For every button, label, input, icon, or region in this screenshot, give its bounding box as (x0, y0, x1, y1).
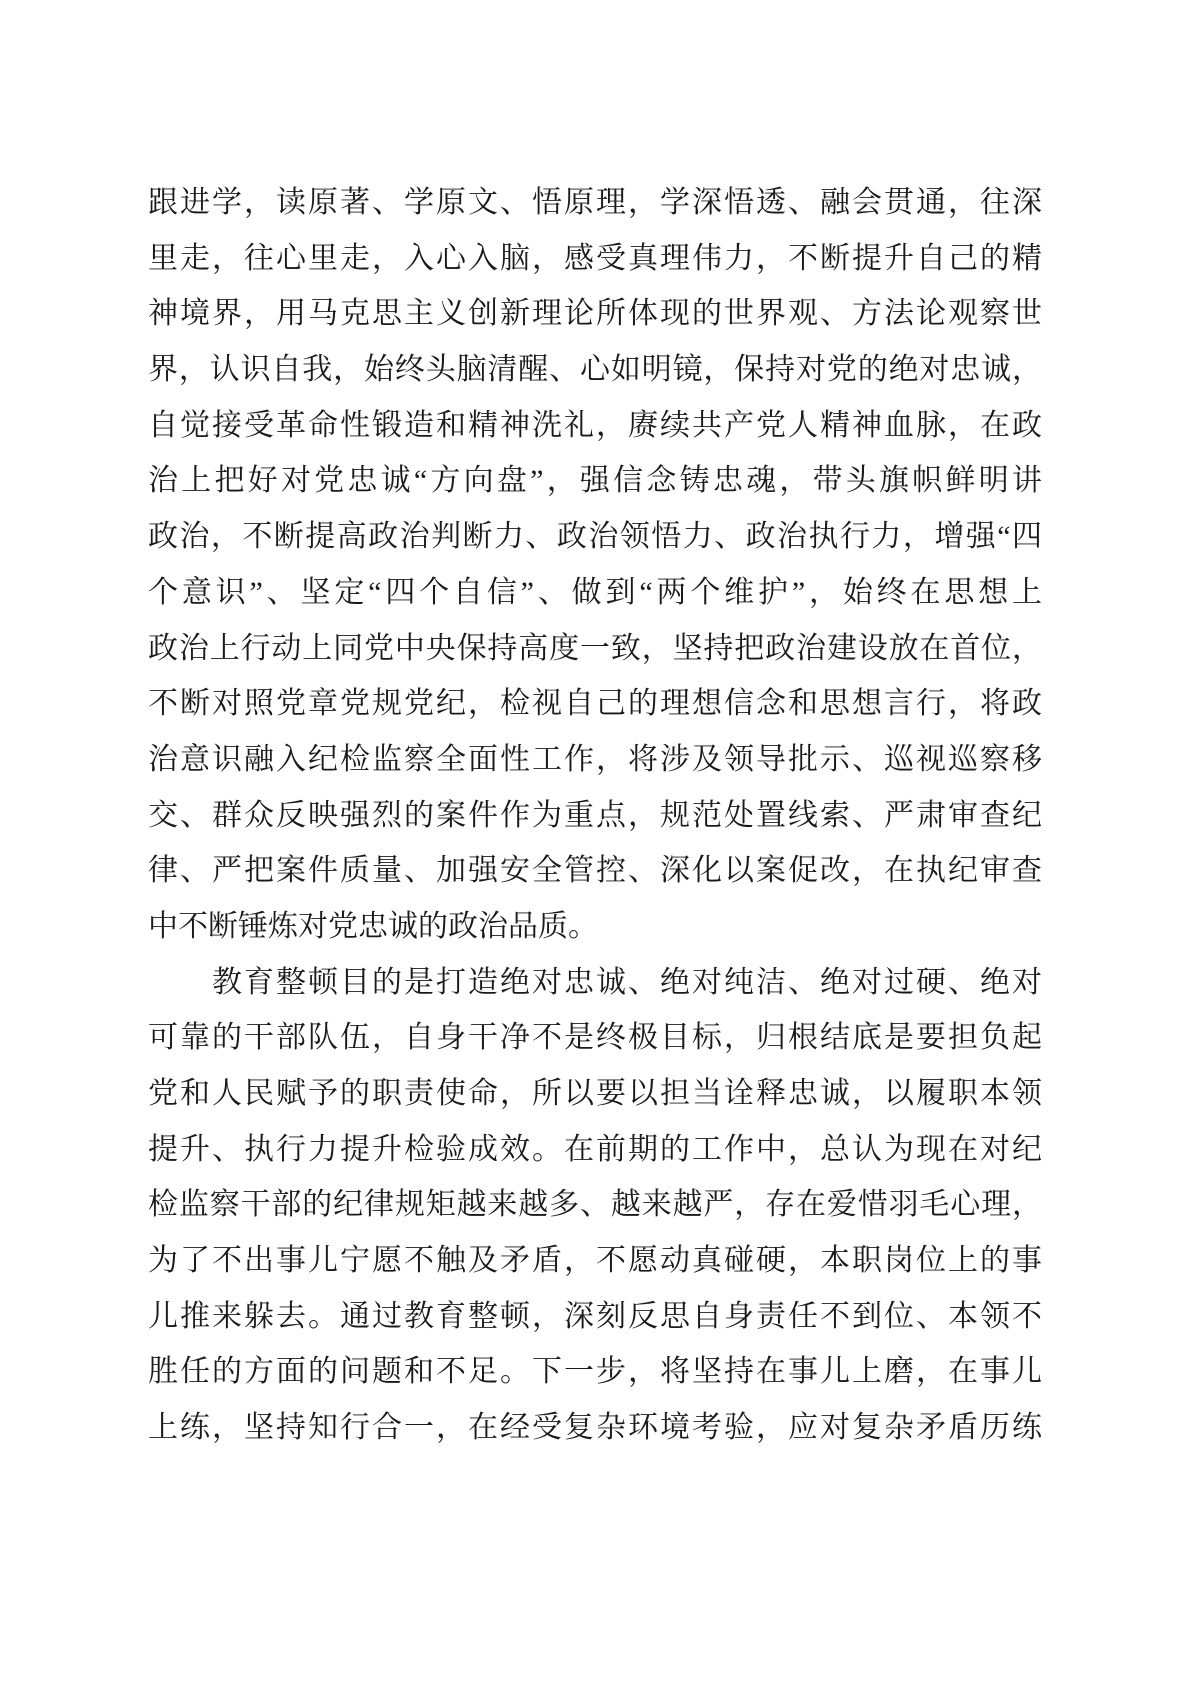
text-line: 党和人民赋予的职责使命，所以要以担当诠释忠诚，以履职本领 (148, 1066, 1042, 1122)
text-line: 中不断锤炼对党忠诚的政治品质。 (148, 899, 1042, 955)
text-line: 儿推来躲去。通过教育整顿，深刻反思自身责任不到位、本领不 (148, 1289, 1042, 1345)
paragraph: 跟进学，读原著、学原文、悟原理，学深悟透、融会贯通，往深里走，往心里走，入心入脑… (148, 175, 1042, 955)
text-line: 治上把好对党忠诚“方向盘”，强信念铸忠魂，带头旗帜鲜明讲 (148, 453, 1042, 509)
text-line: 不断对照党章党规党纪，检视自己的理想信念和思想言行，将政 (148, 676, 1042, 732)
text-line: 律、严把案件质量、加强安全管控、深化以案促改，在执纪审查 (148, 843, 1042, 899)
text-line: 提升、执行力提升检验成效。在前期的工作中，总认为现在对纪 (148, 1122, 1042, 1178)
text-line: 上练，坚持知行合一，在经受复杂环境考验，应对复杂矛盾历练 (148, 1400, 1042, 1456)
text-line: 里走，往心里走，入心入脑，感受真理伟力，不断提升自己的精 (148, 231, 1042, 287)
text-line: 政治上行动上同党中央保持高度一致，坚持把政治建设放在首位， (148, 621, 1042, 677)
document-body: 跟进学，读原著、学原文、悟原理，学深悟透、融会贯通，往深里走，往心里走，入心入脑… (148, 175, 1042, 1456)
text-line: 胜任的方面的问题和不足。下一步，将坚持在事儿上磨，在事儿 (148, 1344, 1042, 1400)
paragraph: 教育整顿目的是打造绝对忠诚、绝对纯洁、绝对过硬、绝对可靠的干部队伍，自身干净不是… (148, 955, 1042, 1456)
text-line: 检监察干部的纪律规矩越来越多、越来越严，存在爱惜羽毛心理， (148, 1177, 1042, 1233)
text-line: 神境界，用马克思主义创新理论所体现的世界观、方法论观察世 (148, 286, 1042, 342)
text-line: 可靠的干部队伍，自身干净不是终极目标，归根结底是要担负起 (148, 1010, 1042, 1066)
text-line: 界，认识自我，始终头脑清醒、心如明镜，保持对党的绝对忠诚， (148, 342, 1042, 398)
text-line: 交、群众反映强烈的案件作为重点，规范处置线索、严肃审查纪 (148, 788, 1042, 844)
text-line: 自觉接受革命性锻造和精神洗礼，赓续共产党人精神血脉，在政 (148, 398, 1042, 454)
text-line: 治意识融入纪检监察全面性工作，将涉及领导批示、巡视巡察移 (148, 732, 1042, 788)
text-line: 为了不出事儿宁愿不触及矛盾，不愿动真碰硬，本职岗位上的事 (148, 1233, 1042, 1289)
text-line: 跟进学，读原著、学原文、悟原理，学深悟透、融会贯通，往深 (148, 175, 1042, 231)
text-line: 个意识”、坚定“四个自信”、做到“两个维护”，始终在思想上 (148, 565, 1042, 621)
document-page: 跟进学，读原著、学原文、悟原理，学深悟透、融会贯通，往深里走，往心里走，入心入脑… (0, 0, 1190, 1683)
text-line: 政治，不断提高政治判断力、政治领悟力、政治执行力，增强“四 (148, 509, 1042, 565)
text-line: 教育整顿目的是打造绝对忠诚、绝对纯洁、绝对过硬、绝对 (148, 955, 1042, 1011)
